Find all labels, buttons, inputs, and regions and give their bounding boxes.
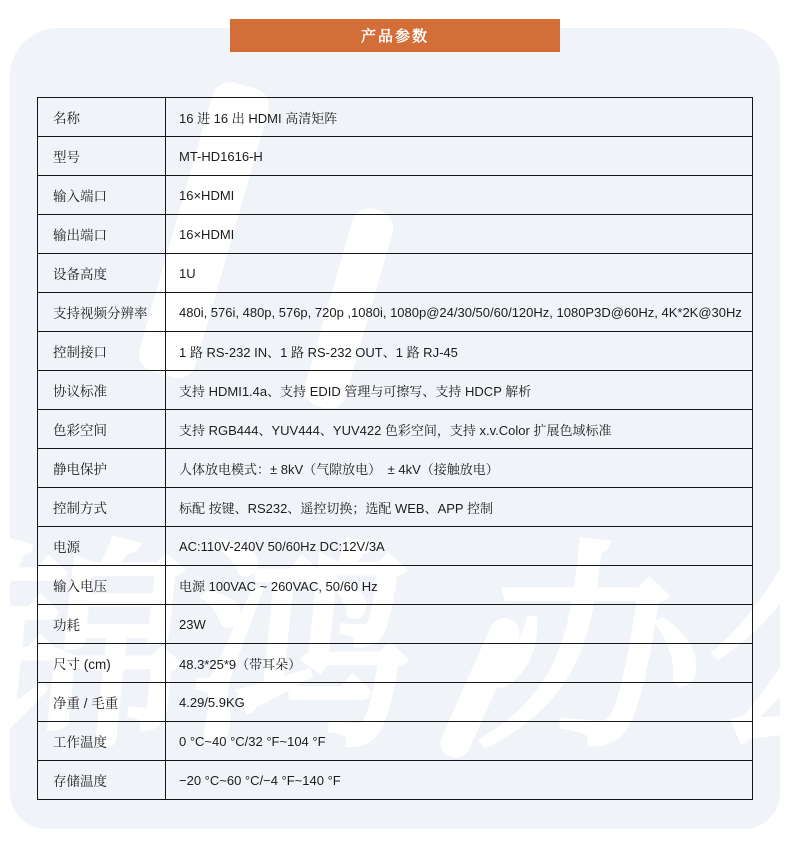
spec-value: 电源 100VAC ~ 260VAC, 50/60 Hz: [166, 566, 753, 605]
table-row: 控制接口 1 路 RS-232 IN、1 路 RS-232 OUT、1 路 RJ…: [38, 332, 753, 371]
product-spec-table: 名称 16 进 16 出 HDMI 高清矩阵 型号 MT-HD1616-H 输入…: [37, 97, 753, 800]
spec-label: 色彩空间: [38, 410, 166, 449]
spec-value: 0 °C~40 °C/32 °F~104 °F: [166, 722, 753, 761]
spec-value: 48.3*25*9（带耳朵）: [166, 644, 753, 683]
spec-value: 16×HDMI: [166, 215, 753, 254]
spec-value: 23W: [166, 605, 753, 644]
spec-value: 支持 HDMI1.4a、支持 EDID 管理与可擦写、支持 HDCP 解析: [166, 371, 753, 410]
spec-label: 输出端口: [38, 215, 166, 254]
spec-label: 尺寸 (cm): [38, 644, 166, 683]
spec-value: 4.29/5.9KG: [166, 683, 753, 722]
table-row: 色彩空间 支持 RGB444、YUV444、YUV422 色彩空间，支持 x.v…: [38, 410, 753, 449]
spec-value: 16×HDMI: [166, 176, 753, 215]
spec-label: 型号: [38, 137, 166, 176]
table-row: 净重 / 毛重 4.29/5.9KG: [38, 683, 753, 722]
spec-value: 16 进 16 出 HDMI 高清矩阵: [166, 98, 753, 137]
table-row: 名称 16 进 16 出 HDMI 高清矩阵: [38, 98, 753, 137]
spec-value: AC:110V-240V 50/60Hz DC:12V/3A: [166, 527, 753, 566]
spec-label: 控制接口: [38, 332, 166, 371]
table-row: 静电保护 人体放电模式：± 8kV（气隙放电） ± 4kV（接触放电）: [38, 449, 753, 488]
spec-value: −20 °C~60 °C/−4 °F~140 °F: [166, 761, 753, 800]
table-row: 工作温度 0 °C~40 °C/32 °F~104 °F: [38, 722, 753, 761]
table-row: 尺寸 (cm) 48.3*25*9（带耳朵）: [38, 644, 753, 683]
spec-value: 支持 RGB444、YUV444、YUV422 色彩空间，支持 x.v.Colo…: [166, 410, 753, 449]
spec-label: 电源: [38, 527, 166, 566]
spec-label: 协议标准: [38, 371, 166, 410]
table-row: 输入端口 16×HDMI: [38, 176, 753, 215]
spec-value: 1U: [166, 254, 753, 293]
table-row: 控制方式 标配 按键、RS232、遥控切换；选配 WEB、APP 控制: [38, 488, 753, 527]
spec-label: 名称: [38, 98, 166, 137]
spec-value: 人体放电模式：± 8kV（气隙放电） ± 4kV（接触放电）: [166, 449, 753, 488]
spec-label: 支持视频分辨率: [38, 293, 166, 332]
table-row: 支持视频分辨率 480i, 576i, 480p, 576p, 720p ,10…: [38, 293, 753, 332]
section-title: 产品参数: [361, 25, 429, 46]
spec-label: 输入端口: [38, 176, 166, 215]
spec-label: 控制方式: [38, 488, 166, 527]
table-row: 输出端口 16×HDMI: [38, 215, 753, 254]
table-row: 存储温度 −20 °C~60 °C/−4 °F~140 °F: [38, 761, 753, 800]
spec-label: 工作温度: [38, 722, 166, 761]
table-row: 功耗 23W: [38, 605, 753, 644]
table-row: 型号 MT-HD1616-H: [38, 137, 753, 176]
spec-value: 480i, 576i, 480p, 576p, 720p ,1080i, 108…: [166, 293, 753, 332]
spec-label: 净重 / 毛重: [38, 683, 166, 722]
table-row: 协议标准 支持 HDMI1.4a、支持 EDID 管理与可擦写、支持 HDCP …: [38, 371, 753, 410]
section-title-badge: 产品参数: [230, 19, 560, 52]
spec-label: 输入电压: [38, 566, 166, 605]
table-row: 设备高度 1U: [38, 254, 753, 293]
spec-label: 存储温度: [38, 761, 166, 800]
spec-label: 功耗: [38, 605, 166, 644]
spec-value: MT-HD1616-H: [166, 137, 753, 176]
spec-value: 标配 按键、RS232、遥控切换；选配 WEB、APP 控制: [166, 488, 753, 527]
spec-value: 1 路 RS-232 IN、1 路 RS-232 OUT、1 路 RJ-45: [166, 332, 753, 371]
spec-label: 设备高度: [38, 254, 166, 293]
table-row: 电源 AC:110V-240V 50/60Hz DC:12V/3A: [38, 527, 753, 566]
table-row: 输入电压 电源 100VAC ~ 260VAC, 50/60 Hz: [38, 566, 753, 605]
spec-label: 静电保护: [38, 449, 166, 488]
